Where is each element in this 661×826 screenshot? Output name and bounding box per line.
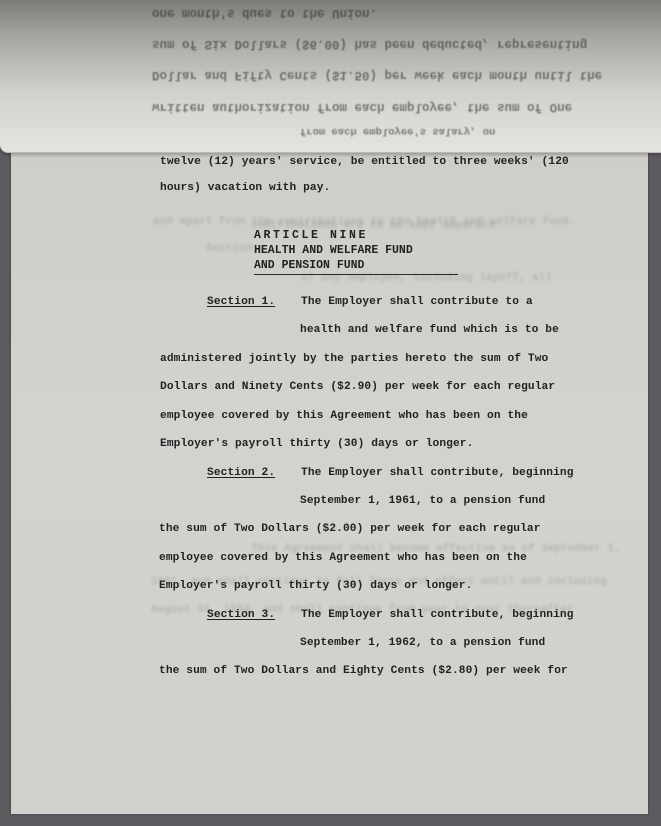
section-1-line: health and welfare fund which is to be: [300, 324, 559, 336]
section-1-label: Section 1.: [207, 296, 275, 308]
article-title-line1: HEALTH AND WELFARE FUND: [254, 243, 458, 258]
bleed-through-text: Section: [206, 243, 252, 255]
section-1-line: Employer's payroll thirty (30) days or l…: [160, 438, 473, 450]
section-1-first-line: The Employer shall contribute to a: [301, 296, 533, 308]
bleed-through-text: and apart from the contributions to the …: [153, 216, 575, 228]
intro-line: hours) vacation with pay.: [160, 182, 330, 194]
mirrored-text-line: from each employee's salary, on: [0, 125, 661, 137]
section-3-line: September 1, 1962, to a pension fund: [300, 637, 545, 649]
section-2-line: September 1, 1961, to a pension fund: [300, 495, 545, 507]
intro-line: twelve (12) years' service, be entitled …: [160, 156, 569, 168]
section-2-line: the sum of Two Dollars ($2.00) per week …: [159, 523, 541, 535]
folded-sheet: one month's dues to the Union. sum of Si…: [0, 0, 661, 153]
section-3-line: the sum of Two Dollars and Eighty Cents …: [159, 665, 568, 677]
section-1-line: administered jointly by the parties here…: [160, 353, 548, 365]
heading-underline: [254, 274, 458, 275]
section-2-label: Section 2.: [207, 467, 275, 479]
section-3-label: Section 3.: [207, 609, 275, 621]
mirrored-text-line: sum of Six Dollars ($6.00) has been dedu…: [0, 37, 661, 51]
mirrored-text-line: written authorization from each employee…: [0, 100, 661, 114]
article-number: ARTICLE NINE: [254, 228, 458, 243]
mirrored-text-line: one month's dues to the Union.: [0, 6, 661, 20]
article-heading: ARTICLE NINE HEALTH AND WELFARE FUND AND…: [254, 228, 458, 275]
section-1-line: Dollars and Ninety Cents ($2.90) per wee…: [160, 381, 555, 393]
section-1-line: employee covered by this Agreement who h…: [160, 410, 528, 422]
section-2-first-line: The Employer shall contribute, beginning: [301, 467, 574, 479]
section-2-line: employee covered by this Agreement who h…: [159, 552, 527, 564]
article-title-line2: AND PENSION FUND: [254, 258, 458, 273]
mirrored-text-line: Dollar and Fifty Cents ($1.50) per week …: [0, 68, 661, 82]
section-3-first-line: The Employer shall contribute, beginning: [301, 609, 574, 621]
section-2-line: Employer's payroll thirty (30) days or l…: [159, 580, 472, 592]
